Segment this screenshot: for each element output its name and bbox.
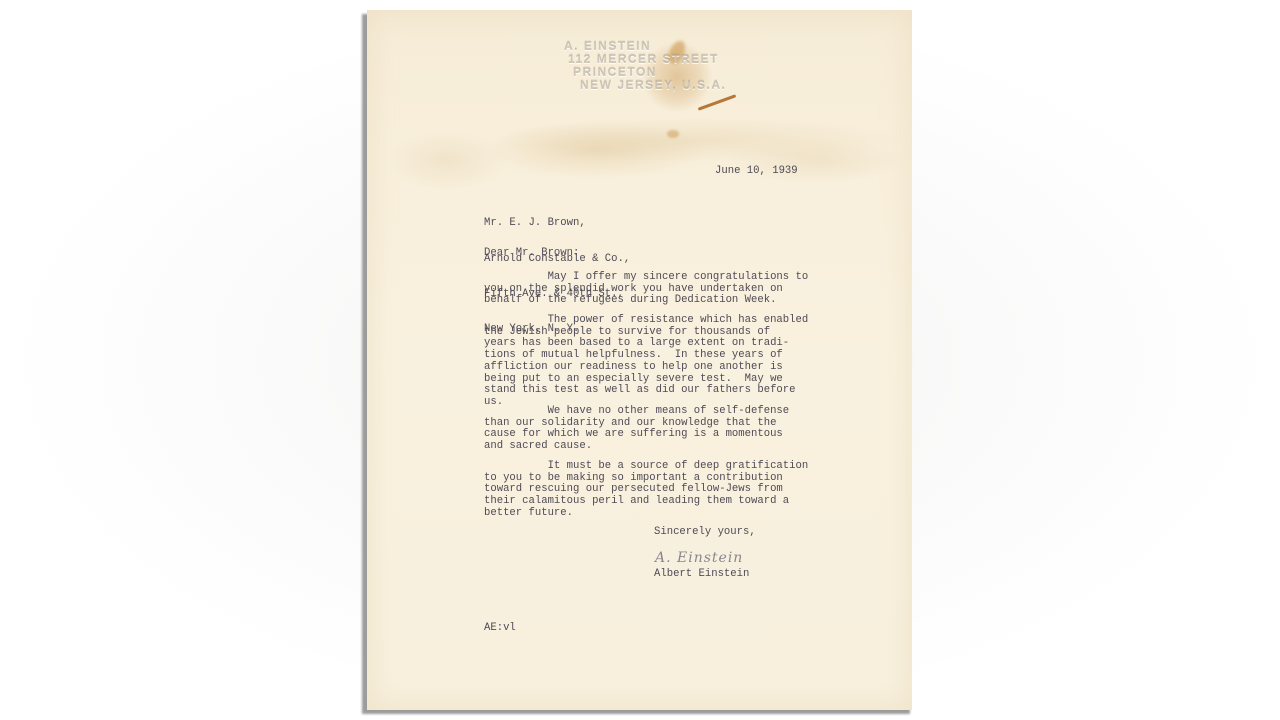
body-paragraph: It must be a source of deep gratificatio… <box>484 461 808 520</box>
letterhead-line: NEW JERSEY, U.S.A. <box>564 79 726 92</box>
body-paragraph: May I offer my sincere congratulations t… <box>484 272 808 307</box>
signer-name: Albert Einstein <box>654 569 749 581</box>
stain-dot <box>667 130 679 138</box>
embossed-letterhead: A. EINSTEIN 112 MERCER STREET PRINCETON … <box>564 40 726 92</box>
body-paragraph: The power of resistance which has enable… <box>484 315 808 409</box>
reference-initials: AE:vl <box>484 623 516 635</box>
letter-date: June 10, 1939 <box>715 166 798 178</box>
letter-page: A. EINSTEIN 112 MERCER STREET PRINCETON … <box>367 10 912 710</box>
address-line: Mr. E. J. Brown, <box>484 218 630 230</box>
body-paragraph: We have no other means of self-defense t… <box>484 406 789 453</box>
handwritten-signature: A. Einstein <box>655 550 743 566</box>
salutation: Dear Mr. Brown: <box>484 248 579 260</box>
closing: Sincerely yours, <box>654 527 756 539</box>
